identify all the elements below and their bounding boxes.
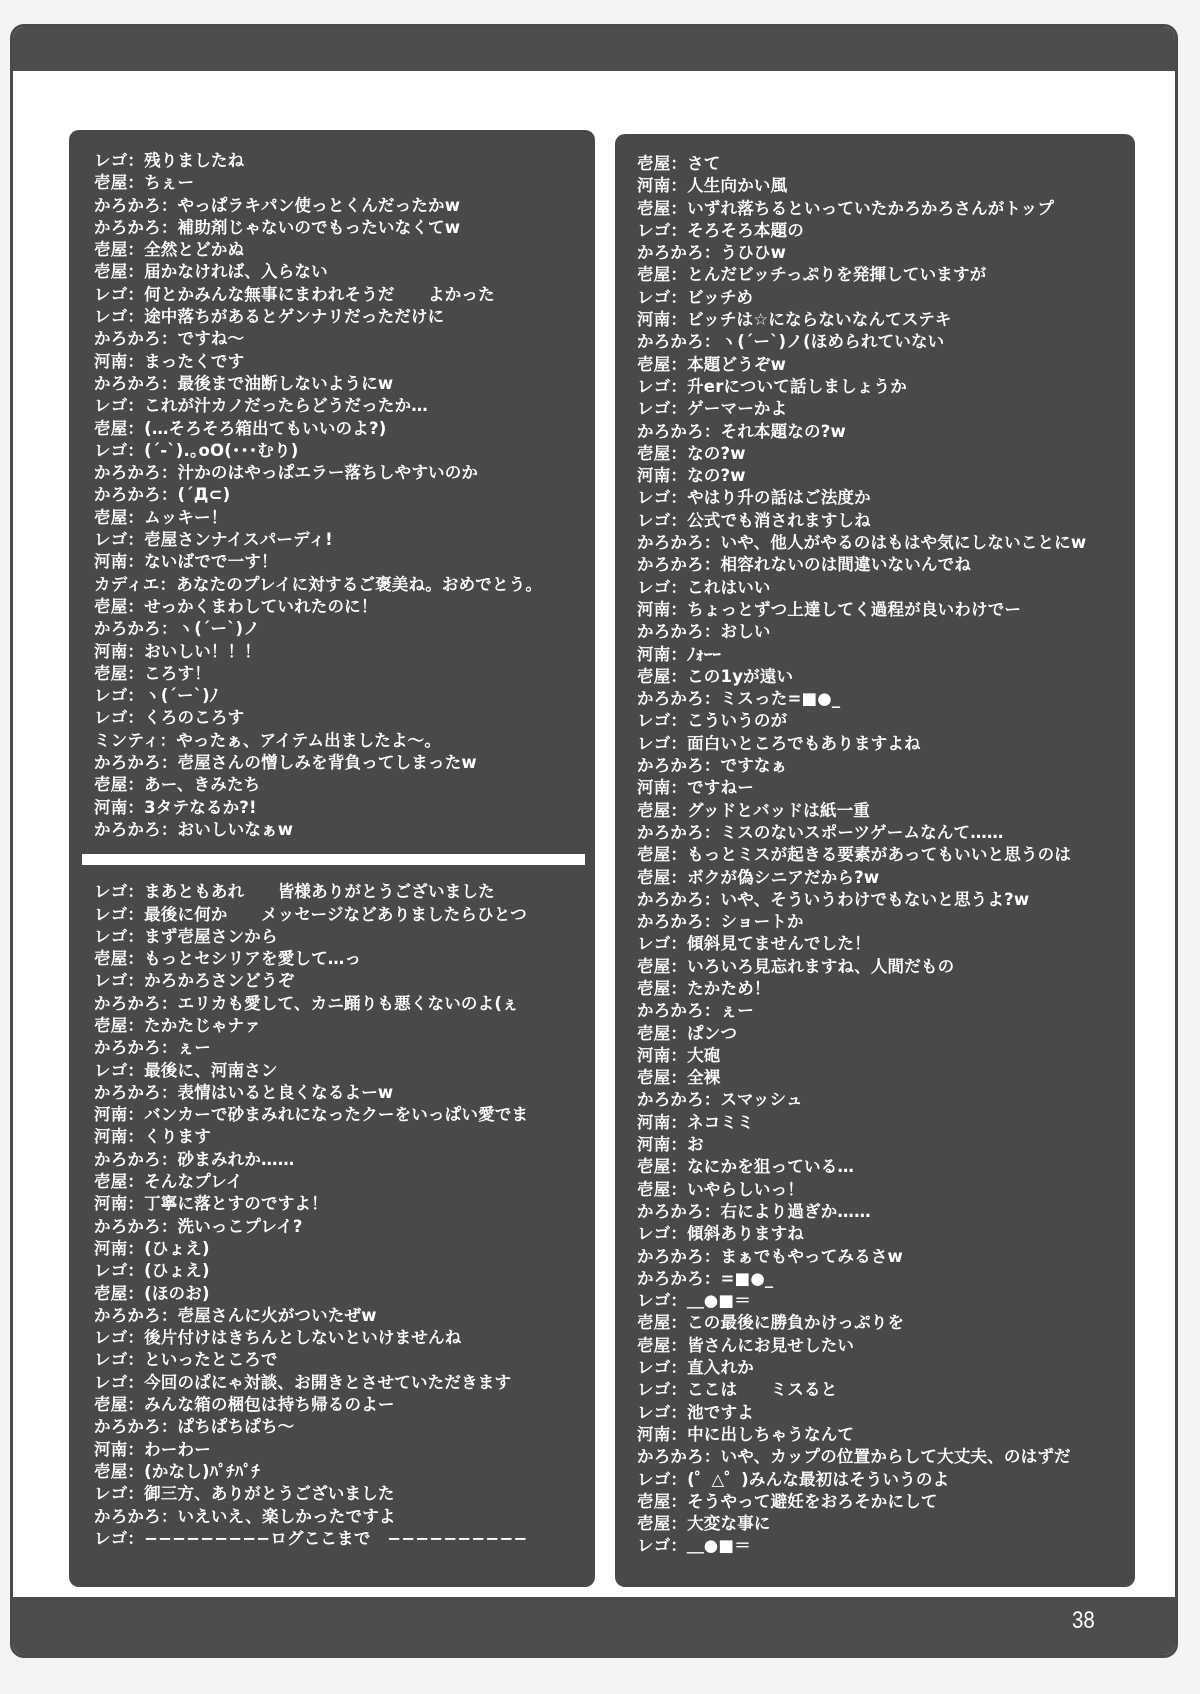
message-text: (…そろそろ箱出てもいいのよ?) bbox=[144, 419, 386, 438]
chat-line: かろかろ：ぇー bbox=[94, 1037, 595, 1059]
chat-line: かろかろ：相容れないのは間違いないんでね bbox=[637, 554, 1135, 576]
speaker-name: 壱屋 bbox=[94, 240, 127, 259]
message-text: なにかを狙っている… bbox=[687, 1157, 854, 1176]
speaker-separator: ： bbox=[127, 949, 144, 968]
speaker-name: レゴ bbox=[637, 1358, 670, 1377]
message-text: 全然とどかぬ bbox=[144, 240, 244, 259]
chat-line: 河南：中に出しちゃうなんて bbox=[637, 1424, 1135, 1446]
speaker-name: レゴ bbox=[94, 927, 127, 946]
speaker-name: かろかろ bbox=[637, 622, 704, 641]
speaker-separator: ： bbox=[670, 711, 687, 730]
message-text: これが汁カノだったらどうだったか… bbox=[144, 396, 428, 415]
chat-line: かろかろ：ぇー bbox=[637, 1000, 1135, 1022]
speaker-separator: ： bbox=[670, 1068, 687, 1087]
speaker-separator: ： bbox=[127, 530, 144, 549]
chat-line: かろかろ：いや、カップの位置からして大丈夫、のはずだ bbox=[637, 1446, 1135, 1468]
message-text: 汁かのはやっぱエラー落ちしやすいのか bbox=[178, 463, 479, 482]
section-divider bbox=[82, 854, 585, 865]
message-text: 御三方、ありがとうございました bbox=[144, 1484, 395, 1503]
chat-line: かろかろ：洗いっこプレイ? bbox=[94, 1216, 595, 1238]
speaker-name: 河南 bbox=[94, 1239, 127, 1258]
message-text: スマッシュ bbox=[721, 1090, 803, 1109]
speaker-separator: ： bbox=[127, 708, 144, 727]
speaker-separator: ： bbox=[161, 485, 178, 504]
speaker-separator: ： bbox=[127, 1061, 144, 1080]
speaker-separator: ： bbox=[670, 645, 687, 664]
speaker-name: 壱屋 bbox=[94, 419, 127, 438]
speaker-name: かろかろ bbox=[637, 912, 704, 931]
speaker-name: かろかろ bbox=[637, 823, 704, 842]
speaker-separator: ： bbox=[670, 667, 687, 686]
speaker-name: 壱屋 bbox=[94, 597, 127, 616]
speaker-separator: ： bbox=[161, 463, 178, 482]
speaker-name: レゴ bbox=[94, 686, 127, 705]
speaker-separator: ： bbox=[127, 441, 144, 460]
message-text: 何とかみんな無事にまわれそうだ よかった bbox=[144, 285, 495, 304]
speaker-name: 河南 bbox=[94, 1194, 127, 1213]
speaker-separator: ： bbox=[127, 927, 144, 946]
speaker-name: かろかろ bbox=[94, 1507, 161, 1526]
chat-line: かろかろ：ミスのないスポーツゲームなんて…… bbox=[637, 822, 1135, 844]
message-text: 洗いっこプレイ? bbox=[178, 1217, 303, 1236]
chat-line: 河南：ちょっとずつ上達してく過程が良いわけでー bbox=[637, 599, 1135, 621]
message-text: ミスのないスポーツゲームなんて…… bbox=[721, 823, 1004, 842]
chat-log-section-3: 壱屋：さて河南：人生向かい風壱屋：いずれ落ちるといっていたかろかろさんがトップレ… bbox=[637, 153, 1135, 1558]
chat-line: 壱屋：全裸 bbox=[637, 1067, 1135, 1089]
chat-line: レゴ：ヽ(´ー`)ﾉ bbox=[94, 685, 595, 707]
message-text: いずれ落ちるといっていたかろかろさんがトップ bbox=[687, 199, 1054, 218]
speaker-name: レゴ bbox=[94, 1328, 127, 1347]
speaker-separator: ： bbox=[670, 1157, 687, 1176]
speaker-name: レゴ bbox=[94, 441, 127, 460]
message-text: さて bbox=[687, 154, 720, 173]
speaker-name: かろかろ bbox=[637, 689, 704, 708]
message-text: 砂まみれか…… bbox=[178, 1150, 295, 1169]
chat-line: レゴ：これはいい bbox=[637, 577, 1135, 599]
speaker-separator: ： bbox=[704, 1001, 721, 1020]
speaker-name: レゴ bbox=[637, 1536, 670, 1555]
speaker-name: レゴ bbox=[94, 307, 127, 326]
speaker-separator: ： bbox=[127, 1328, 144, 1347]
speaker-name: 壱屋 bbox=[637, 957, 670, 976]
speaker-separator: ： bbox=[127, 1395, 144, 1414]
message-text: 人生向かい風 bbox=[687, 176, 787, 195]
speaker-name: レゴ bbox=[637, 377, 670, 396]
message-text: そろそろ本題の bbox=[687, 221, 804, 240]
speaker-separator: ： bbox=[127, 1105, 144, 1124]
message-text: あなたのプレイに対するご褒美ね。おめでとう。 bbox=[176, 575, 542, 594]
message-text: ぱンつ bbox=[687, 1024, 737, 1043]
chat-line: レゴ：−−−−−−−−−ログここまで −−−−−−−−−− bbox=[94, 1528, 595, 1550]
chat-line: 壱屋：なにかを狙っている… bbox=[637, 1156, 1135, 1178]
message-text: おしい bbox=[721, 622, 771, 641]
message-text: 途中落ちがあるとゲンナリだっただけに bbox=[144, 307, 444, 326]
chat-line: カディエ：あなたのプレイに対するご褒美ね。おめでとう。 bbox=[94, 574, 595, 596]
speaker-separator: ： bbox=[161, 1306, 178, 1325]
message-text: 表情はいると良くなるよーw bbox=[178, 1083, 394, 1102]
speaker-separator: ： bbox=[670, 1113, 687, 1132]
chat-line: 壱屋：そうやって避妊をおろそかにして bbox=[637, 1491, 1135, 1513]
speaker-name: レゴ bbox=[94, 396, 127, 415]
message-text: わーわー bbox=[144, 1440, 211, 1459]
chat-line: レゴ：くろのころす bbox=[94, 707, 595, 729]
speaker-separator: ： bbox=[670, 265, 687, 284]
speaker-separator: ： bbox=[670, 1514, 687, 1533]
message-text: ですねー bbox=[687, 778, 754, 797]
speaker-name: 壱屋 bbox=[94, 508, 127, 527]
chat-line: 壱屋：ころす！ bbox=[94, 663, 595, 685]
chat-line: 壱屋：いずれ落ちるといっていたかろかろさんがトップ bbox=[637, 198, 1135, 220]
speaker-separator: ： bbox=[127, 1239, 144, 1258]
speaker-name: 壱屋 bbox=[637, 801, 670, 820]
chat-line: かろかろ：スマッシュ bbox=[637, 1089, 1135, 1111]
message-text: (ほのお) bbox=[144, 1284, 210, 1303]
speaker-name: かろかろ bbox=[637, 890, 704, 909]
chat-line: 河南：人生向かい風 bbox=[637, 175, 1135, 197]
speaker-name: レゴ bbox=[94, 1261, 127, 1280]
message-text: 右により過ぎか…… bbox=[721, 1202, 871, 1221]
chat-line: 壱屋：もっとセシリアを愛して…っ bbox=[94, 948, 595, 970]
message-text: ヽ(´ー`)ﾉ bbox=[144, 686, 218, 705]
message-text: こういうのが bbox=[687, 711, 787, 730]
speaker-name: ミンティ bbox=[94, 731, 159, 750]
message-text: 相容れないのは間違いないんでね bbox=[721, 555, 972, 574]
chat-line: 河南：丁寧に落とすのですよ！ bbox=[94, 1193, 595, 1215]
speaker-separator: ： bbox=[670, 399, 687, 418]
speaker-name: 壱屋 bbox=[637, 845, 670, 864]
speaker-name: レゴ bbox=[94, 151, 127, 170]
speaker-separator: ： bbox=[127, 664, 144, 683]
chat-line: 壱屋：さて bbox=[637, 153, 1135, 175]
speaker-name: レゴ bbox=[94, 530, 127, 549]
chat-line: かろかろ：表情はいると良くなるよーw bbox=[94, 1082, 595, 1104]
speaker-name: レゴ bbox=[94, 1484, 127, 1503]
chat-line: レゴ：升erについて話しましょうか bbox=[637, 376, 1135, 398]
chat-line: 河南：まったくです bbox=[94, 351, 595, 373]
chat-line: レゴ：これが汁カノだったらどうだったか… bbox=[94, 395, 595, 417]
chat-line: レゴ：＿●■＝ bbox=[637, 1535, 1135, 1557]
speaker-separator: ： bbox=[670, 934, 687, 953]
chat-line: かろかろ：汁かのはやっぱエラー落ちしやすいのか bbox=[94, 462, 595, 484]
chat-line: レゴ：後片付けはきちんとしないといけませんね bbox=[94, 1327, 595, 1349]
chat-line: 壱屋：たかたじゃナァ bbox=[94, 1015, 595, 1037]
speaker-name: かろかろ bbox=[94, 329, 161, 348]
chat-line: レゴ：やはり升の話はご法度か bbox=[637, 487, 1135, 509]
speaker-name: かろかろ bbox=[637, 1090, 704, 1109]
chat-line: レゴ：最後に何か メッセージなどありましたらひとつ bbox=[94, 904, 595, 926]
speaker-name: 河南 bbox=[637, 1113, 670, 1132]
message-text: ＿●■＝ bbox=[687, 1536, 751, 1555]
speaker-separator: ： bbox=[704, 1090, 721, 1109]
speaker-name: レゴ bbox=[94, 1350, 127, 1369]
message-text: 壱屋さんに火がついたぜw bbox=[178, 1306, 377, 1325]
chat-line: 壱屋：そんなプレイ bbox=[94, 1171, 595, 1193]
chat-line: 壱屋：この1yが遠い bbox=[637, 666, 1135, 688]
chat-line: かろかろ：うひひw bbox=[637, 242, 1135, 264]
chat-line: 河南：大砲 bbox=[637, 1045, 1135, 1067]
message-text: そんなプレイ bbox=[144, 1172, 243, 1191]
speaker-name: レゴ bbox=[637, 1470, 670, 1489]
message-text: 最後に何か メッセージなどありましたらひとつ bbox=[144, 905, 527, 924]
speaker-name: レゴ bbox=[637, 711, 670, 730]
speaker-separator: ： bbox=[670, 355, 687, 374]
speaker-name: 河南 bbox=[637, 176, 670, 195]
speaker-separator: ： bbox=[670, 1180, 687, 1199]
speaker-name: 河南 bbox=[637, 645, 670, 664]
message-text: 面白いところでもありますよね bbox=[687, 734, 921, 753]
speaker-name: 壱屋 bbox=[94, 173, 127, 192]
speaker-name: かろかろ bbox=[94, 1217, 161, 1236]
message-text: ミスった=■●_ bbox=[721, 689, 841, 708]
message-text: いえいえ、楽しかったですよ bbox=[178, 1507, 396, 1526]
chat-line: 河南：おいしい！！！ bbox=[94, 641, 595, 663]
chat-line: レゴ：面白いところでもありますよね bbox=[637, 733, 1135, 755]
chat-line: 壱屋：とんだビッチっぷりを発揮していますが bbox=[637, 264, 1135, 286]
message-text: 3タテなるか?! bbox=[144, 798, 257, 817]
chat-line: 壱屋：いろいろ見忘れますね、人間だもの bbox=[637, 956, 1135, 978]
speaker-separator: ： bbox=[161, 820, 178, 839]
speaker-separator: ： bbox=[161, 1417, 178, 1436]
message-text: 後片付けはきちんとしないといけませんね bbox=[144, 1328, 461, 1347]
speaker-separator: ： bbox=[127, 1462, 144, 1481]
chat-line: かろかろ：ミスった=■●_ bbox=[637, 688, 1135, 710]
chat-line: レゴ：御三方、ありがとうございました bbox=[94, 1483, 595, 1505]
speaker-name: かろかろ bbox=[94, 463, 161, 482]
speaker-name: かろかろ bbox=[637, 533, 704, 552]
message-text: ビッチは☆にならないなんてステキ bbox=[687, 310, 952, 329]
message-text: ちょっとずつ上達してく過程が良いわけでー bbox=[687, 600, 1021, 619]
speaker-separator: ： bbox=[704, 555, 721, 574]
chat-line: レゴ：ここは ミスると bbox=[637, 1379, 1135, 1401]
speaker-separator: ： bbox=[127, 775, 144, 794]
chat-line: かろかろ：壱屋さんに火がついたぜw bbox=[94, 1305, 595, 1327]
speaker-name: レゴ bbox=[94, 1373, 127, 1392]
message-text: −−−−−−−−−ログここまで −−−−−−−−−− bbox=[144, 1529, 527, 1548]
chat-line: 河南：ないばでで一す！ bbox=[94, 551, 595, 573]
speaker-separator: ： bbox=[670, 1425, 687, 1444]
speaker-separator: ： bbox=[670, 578, 687, 597]
chat-line: 壱屋：たかため！ bbox=[637, 978, 1135, 1000]
speaker-separator: ： bbox=[127, 798, 144, 817]
speaker-separator: ： bbox=[127, 1440, 144, 1459]
speaker-separator: ： bbox=[127, 352, 144, 371]
chat-line: かろかろ：右により過ぎか…… bbox=[637, 1201, 1135, 1223]
speaker-name: かろかろ bbox=[637, 1447, 704, 1466]
message-text: うひひw bbox=[721, 243, 787, 262]
message-text: くります bbox=[144, 1127, 211, 1146]
speaker-separator: ： bbox=[161, 1083, 178, 1102]
chat-line: かろかろ：壱屋さんの憎しみを背負ってしまったw bbox=[94, 752, 595, 774]
chat-line: 壱屋：グッドとバッドは紙一重 bbox=[637, 800, 1135, 822]
message-text: エリカも愛して、カニ踊りも悪くないのよ(ぇ bbox=[178, 994, 519, 1013]
speaker-name: 壱屋 bbox=[94, 1284, 127, 1303]
speaker-separator: ： bbox=[127, 1194, 144, 1213]
message-text: (´Д⊂) bbox=[178, 485, 231, 504]
chat-line: レゴ：こういうのが bbox=[637, 710, 1135, 732]
message-text: =■●_ bbox=[721, 1269, 774, 1288]
message-text: (゜△゜)みんな最初はそういうのよ bbox=[687, 1470, 949, 1489]
speaker-name: 壱屋 bbox=[637, 1492, 670, 1511]
speaker-separator: ： bbox=[127, 552, 144, 571]
speaker-separator: ： bbox=[670, 1224, 687, 1243]
message-text: 補助剤じゃないのでもったいなくてw bbox=[178, 218, 461, 237]
speaker-separator: ： bbox=[161, 329, 178, 348]
message-text: もっとミスが起きる要素があってもいいと思うのは bbox=[687, 845, 1071, 864]
speaker-name: 河南 bbox=[94, 552, 127, 571]
speaker-name: かろかろ bbox=[637, 332, 704, 351]
message-text: 公式でも消されますしね bbox=[687, 511, 871, 530]
message-text: ぱちぱちぱち～ bbox=[178, 1417, 295, 1436]
speaker-separator: ： bbox=[127, 419, 144, 438]
chat-line: レゴ：傾斜ありますね bbox=[637, 1223, 1135, 1245]
message-text: おいしいなぁw bbox=[178, 820, 294, 839]
message-text: ヽ(´ー`)ノ bbox=[178, 619, 260, 638]
speaker-name: レゴ bbox=[637, 934, 670, 953]
speaker-separator: ： bbox=[704, 756, 721, 775]
message-text: 皆さんにお見せしたい bbox=[687, 1336, 854, 1355]
message-text: いや、他人がやるのはもはや気にしないことにw bbox=[721, 533, 1087, 552]
chat-line: かろかろ：エリカも愛して、カニ踊りも悪くないのよ(ぇ bbox=[94, 993, 595, 1015]
speaker-name: レゴ bbox=[637, 1403, 670, 1422]
chat-line: 壱屋：本題どうぞw bbox=[637, 354, 1135, 376]
speaker-separator: ： bbox=[161, 753, 178, 772]
speaker-name: かろかろ bbox=[637, 756, 704, 775]
chat-line: かろかろ：ヽ(´ー`)ノ bbox=[94, 618, 595, 640]
chat-line: かろかろ：おしい bbox=[637, 621, 1135, 643]
speaker-name: 河南 bbox=[637, 600, 670, 619]
speaker-separator: ： bbox=[127, 307, 144, 326]
speaker-name: レゴ bbox=[94, 285, 127, 304]
speaker-separator: ： bbox=[670, 778, 687, 797]
speaker-name: 壱屋 bbox=[637, 1024, 670, 1043]
message-text: まず壱屋さンから bbox=[144, 927, 278, 946]
message-text: たかため！ bbox=[687, 979, 771, 998]
speaker-separator: ： bbox=[704, 1247, 721, 1266]
speaker-name: かろかろ bbox=[94, 1306, 161, 1325]
chat-log-panel-left: レゴ：残りましたね壱屋：ちぇーかろかろ：やっぱラキパン使っとくんだったかwかろか… bbox=[69, 130, 595, 1587]
chat-line: かろかろ：おいしいなぁw bbox=[94, 819, 595, 841]
chat-line: レゴ：傾斜見てませんでした！ bbox=[637, 933, 1135, 955]
chat-line: かろかろ：いや、そういうわけでもないと思うよ?w bbox=[637, 889, 1135, 911]
speaker-separator: ： bbox=[704, 689, 721, 708]
speaker-separator: ： bbox=[670, 1046, 687, 1065]
chat-line: レゴ：(゜△゜)みんな最初はそういうのよ bbox=[637, 1469, 1135, 1491]
chat-line: レゴ：＿●■＝ bbox=[637, 1290, 1135, 1312]
message-text: なの?w bbox=[687, 444, 746, 463]
chat-line: ミンティ：やったぁ、アイテム出ましたよ～。 bbox=[94, 730, 595, 752]
message-text: 升erについて話しましょうか bbox=[687, 377, 907, 396]
speaker-separator: ： bbox=[127, 1284, 144, 1303]
chat-line: 河南：なの?w bbox=[637, 465, 1135, 487]
speaker-separator: ： bbox=[161, 374, 178, 393]
chat-line: 壱屋：みんな箱の梱包は持ち帰るのよー bbox=[94, 1394, 595, 1416]
chat-line: レゴ：(´-`).｡oO(･･･むり) bbox=[94, 440, 595, 462]
chat-line: レゴ：(ひょえ) bbox=[94, 1260, 595, 1282]
chat-line: かろかろ：砂まみれか…… bbox=[94, 1149, 595, 1171]
message-text: やったぁ、アイテム出ましたよ～。 bbox=[176, 731, 441, 750]
speaker-name: 河南 bbox=[637, 1135, 670, 1154]
message-text: 池ですよ bbox=[687, 1403, 754, 1422]
speaker-separator: ： bbox=[704, 1269, 721, 1288]
message-text: (かなし)ﾊﾟﾁﾊﾟﾁ bbox=[144, 1462, 260, 1481]
chat-line: レゴ：今回のぱにゃ対談、お開きとさせていただきます bbox=[94, 1372, 595, 1394]
speaker-name: かろかろ bbox=[94, 1083, 161, 1102]
message-text: くろのころす bbox=[144, 708, 244, 727]
speaker-separator: ： bbox=[670, 288, 687, 307]
message-text: 最後に、河南さン bbox=[144, 1061, 278, 1080]
chat-line: レゴ：そろそろ本題の bbox=[637, 220, 1135, 242]
speaker-name: 壱屋 bbox=[637, 154, 670, 173]
speaker-separator: ： bbox=[670, 1336, 687, 1355]
speaker-name: かろかろ bbox=[94, 374, 161, 393]
chat-line: 河南：バンカーで砂まみれになったクーをいっぱい愛でま bbox=[94, 1104, 595, 1126]
speaker-name: レゴ bbox=[637, 221, 670, 240]
speaker-separator: ： bbox=[704, 890, 721, 909]
speaker-name: かろかろ bbox=[94, 196, 161, 215]
message-text: ゲーマーかよ bbox=[687, 399, 787, 418]
speaker-separator: ： bbox=[127, 262, 144, 281]
message-text: 中に出しちゃうなんて bbox=[687, 1425, 854, 1444]
message-text: 傾斜ありますね bbox=[687, 1224, 804, 1243]
speaker-separator: ： bbox=[161, 218, 178, 237]
chat-line: 壱屋：あー、きみたち bbox=[94, 774, 595, 796]
chat-line: 壱屋：いやらしいっ！ bbox=[637, 1179, 1135, 1201]
speaker-separator: ： bbox=[670, 176, 687, 195]
speaker-name: かろかろ bbox=[94, 1150, 161, 1169]
chat-line: かろかろ：最後まで油断しないようにw bbox=[94, 373, 595, 395]
speaker-separator: ： bbox=[670, 1536, 687, 1555]
message-text: 傾斜見てませんでした！ bbox=[687, 934, 871, 953]
chat-line: 壱屋：せっかくまわしていれたのに！ bbox=[94, 596, 595, 618]
speaker-separator: ： bbox=[127, 508, 144, 527]
message-text: やっぱラキパン使っとくんだったかw bbox=[178, 196, 461, 215]
speaker-name: 河南 bbox=[637, 466, 670, 485]
chat-line: レゴ：最後に、河南さン bbox=[94, 1060, 595, 1082]
chat-line: レゴ：といったところで bbox=[94, 1349, 595, 1371]
speaker-name: かろかろ bbox=[637, 555, 704, 574]
chat-line: 壱屋：もっとミスが起きる要素があってもいいと思うのは bbox=[637, 844, 1135, 866]
chat-line: 河南：お bbox=[637, 1134, 1135, 1156]
speaker-name: 壱屋 bbox=[94, 664, 127, 683]
message-text: 大砲 bbox=[687, 1046, 720, 1065]
chat-line: 壱屋：この最後に勝負かけっぷりを bbox=[637, 1312, 1135, 1334]
chat-log-panel-right: 壱屋：さて河南：人生向かい風壱屋：いずれ落ちるといっていたかろかろさんがトップレ… bbox=[615, 134, 1135, 1587]
message-text: せっかくまわしていれたのに！ bbox=[144, 597, 377, 616]
chat-line: 壱屋：皆さんにお見せしたい bbox=[637, 1335, 1135, 1357]
speaker-name: 壱屋 bbox=[637, 1157, 670, 1176]
speaker-name: レゴ bbox=[637, 734, 670, 753]
speaker-separator: ： bbox=[127, 240, 144, 259]
speaker-name: かろかろ bbox=[637, 1247, 704, 1266]
speaker-name: かろかろ bbox=[94, 485, 161, 504]
speaker-name: カディエ bbox=[94, 575, 159, 594]
message-text: ですなぁ bbox=[721, 756, 788, 775]
speaker-name: 河南 bbox=[94, 642, 127, 661]
message-text: まぁでもやってみるさw bbox=[721, 1247, 903, 1266]
chat-line: レゴ：公式でも消されますしね bbox=[637, 510, 1135, 532]
chat-line: 壱屋：大変な事に bbox=[637, 1513, 1135, 1535]
speaker-name: 壱屋 bbox=[94, 1016, 127, 1035]
speaker-separator: ： bbox=[161, 1507, 178, 1526]
speaker-name: 河南 bbox=[637, 310, 670, 329]
message-text: グッドとバッドは紙一重 bbox=[687, 801, 870, 820]
speaker-separator: ： bbox=[670, 1492, 687, 1511]
chat-line: かろかろ：やっぱラキパン使っとくんだったかw bbox=[94, 195, 595, 217]
speaker-name: レゴ bbox=[637, 488, 670, 507]
page-number: 38 bbox=[1072, 1607, 1095, 1635]
message-text: ショートか bbox=[721, 912, 804, 931]
speaker-separator: ： bbox=[704, 823, 721, 842]
